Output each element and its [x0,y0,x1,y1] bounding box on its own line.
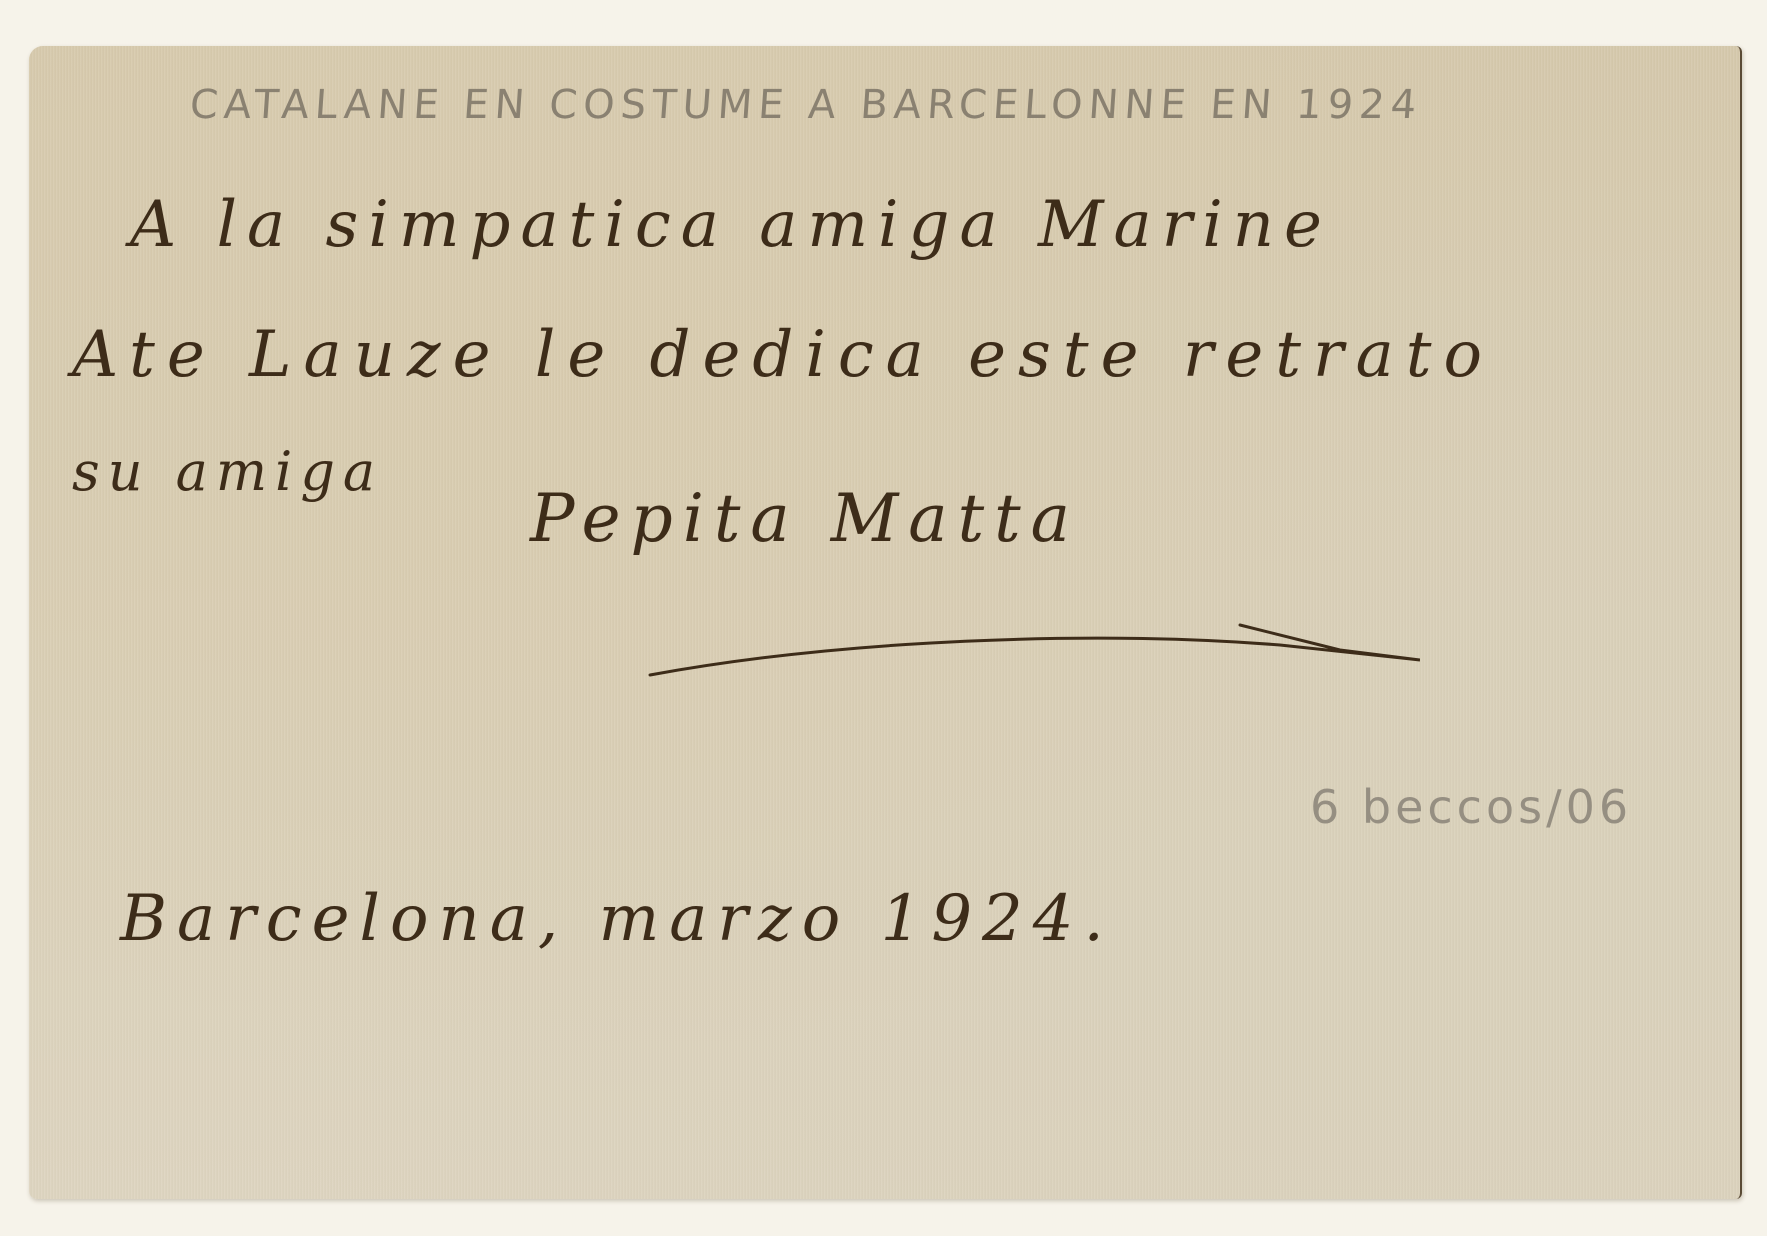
dedication-line-2: Ate Lauze le dedica este retrato [72,318,1494,392]
pencil-caption: CATALANE EN COSTUME A BARCELONNE EN 1924 [188,82,1423,128]
place-and-date: Barcelona, marzo 1924. [120,882,1114,956]
signature-flourish-icon [640,620,1420,680]
dedication-line-3: su amiga [72,440,383,503]
signature: Pepita Matta [530,480,1080,557]
pencil-reference-note: 6 beccos/06 [1310,780,1632,834]
dedication-line-1: A la simpatica amiga Marine [130,188,1332,262]
